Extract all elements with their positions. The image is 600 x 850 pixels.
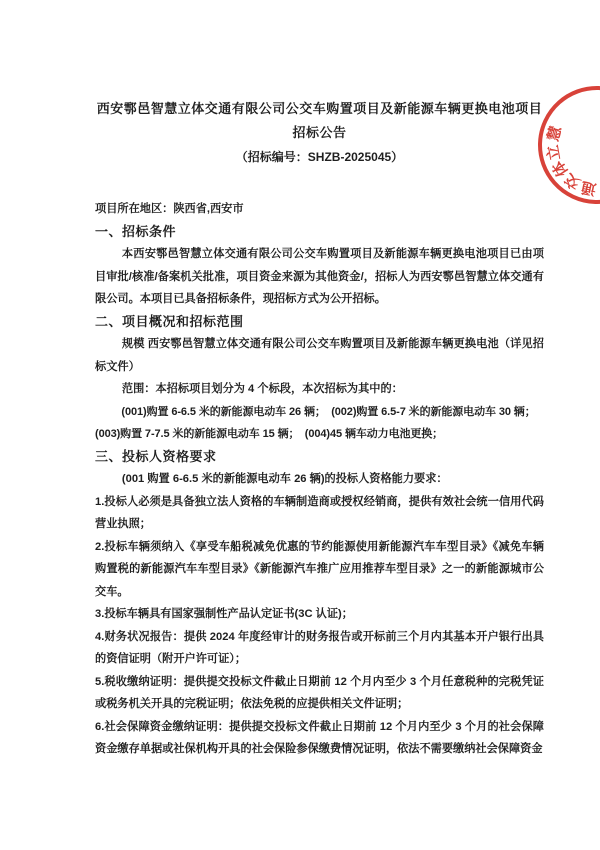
qualification-item-4: 4.财务状况报告：提供 2024 年度经审计的财务报告或开标前三个月内其基本开户… <box>95 626 544 671</box>
document-title: 西安鄠邑智慧立体交通有限公司公交车购置项目及新能源车辆更换电池项目招标公告 <box>95 97 544 145</box>
section-heading-3: 三、投标人资格要求 <box>95 446 544 469</box>
project-location: 项目所在地区：陕西省,西安市 <box>95 198 544 221</box>
lot-line-2: (003)购置 7-7.5 米的新能源电动车 15 辆； (004)45 辆车动… <box>95 423 544 446</box>
qualification-item-5: 5.税收缴纳证明：提供提交投标文件截止日期前 12 个月内至少 3 个月任意税种… <box>95 671 544 716</box>
document-page: 西安鄠邑智慧立体交通有限公司公交车购置项目及新能源车辆更换电池项目招标公告 （招… <box>0 0 600 761</box>
lot-line-1: (001)购置 6-6.5 米的新能源电动车 26 辆； (002)购置 6.5… <box>95 401 544 424</box>
section-heading-2: 二、项目概况和招标范围 <box>95 311 544 334</box>
qualification-item-3: 3.投标车辆具有国家强制性产品认定证书(3C 认证)； <box>95 603 544 626</box>
paragraph-tender-conditions: 本西安鄠邑智慧立体交通有限公司公交车购置项目及新能源车辆更换电池项目已由项目审批… <box>95 243 544 311</box>
paragraph-qualification-intro: (001 购置 6-6.5 米的新能源电动车 26 辆)的投标人资格能力要求： <box>95 468 544 491</box>
paragraph-scale: 规模 西安鄠邑智慧立体交通有限公司公交车购置项目及新能源车辆更换电池（详见招标文… <box>95 333 544 378</box>
seal-character: 慧 <box>544 123 566 145</box>
qualification-item-1: 1.投标人必须是具备独立法人资格的车辆制造商或授权经销商，提供有效社会统一信用代… <box>95 491 544 536</box>
qualification-item-6: 6.社会保障资金缴纳证明：提供提交投标文件截止日期前 12 个月内至少 3 个月… <box>95 716 544 761</box>
paragraph-scope: 范围：本招标项目划分为 4 个标段，本次招标为其中的： <box>95 378 544 401</box>
tender-number: （招标编号：SHZB-2025045） <box>95 146 544 168</box>
qualification-item-2: 2.投标车辆须纳入《享受车船税减免优惠的节约能源使用新能源汽车车型目录》《减免车… <box>95 536 544 604</box>
section-heading-1: 一、招标条件 <box>95 221 544 244</box>
seal-character: 通 <box>578 177 599 198</box>
